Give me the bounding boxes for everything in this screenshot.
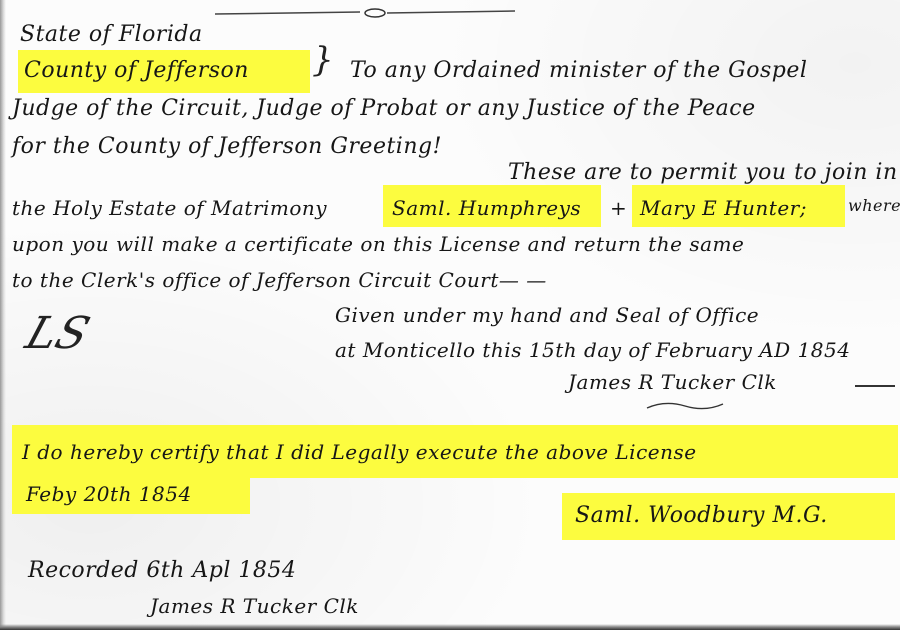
body-line1-suffix: where	[848, 196, 900, 215]
clerk-signature: James R Tucker Clk	[568, 370, 777, 394]
certification-date: Feby 20th 1854	[26, 482, 192, 506]
seal-mark: LS	[20, 308, 96, 359]
address-line-3: for the County of Jefferson Greeting!	[12, 134, 442, 159]
bride-name: Mary E Hunter;	[640, 196, 807, 220]
address-line-2: Judge of the Circuit, Judge of Probat or…	[12, 96, 756, 121]
signature-flourish	[645, 398, 725, 412]
officiant-signature: Saml. Woodbury M.G.	[575, 503, 828, 528]
body-line2: upon you will make a certificate on this…	[12, 232, 744, 256]
body-intro: These are to permit you to join in	[508, 160, 898, 185]
page-left-edge	[0, 0, 6, 630]
recorded-line: Recorded 6th Apl 1854	[28, 558, 296, 583]
signature-underline	[855, 385, 895, 387]
address-line-1: To any Ordained minister of the Gospel	[350, 58, 807, 83]
groom-name: Saml. Humphreys	[392, 196, 581, 220]
bracket-brace: }	[312, 40, 334, 80]
state-heading: State of Florida	[20, 22, 203, 47]
document-page: State of Florida County of Jefferson } T…	[0, 0, 900, 630]
recording-signature: James R Tucker Clk	[150, 594, 359, 618]
page-bottom-edge	[0, 624, 900, 630]
county-heading: County of Jefferson	[24, 58, 249, 83]
conjunction: +	[610, 196, 627, 220]
body-line1-prefix: the Holy Estate of Matrimony	[12, 196, 327, 220]
body-line3: to the Clerk's office of Jefferson Circu…	[12, 268, 547, 292]
attestation-line-1: Given under my hand and Seal of Office	[335, 303, 759, 327]
certification-line: I do hereby certify that I did Legally e…	[22, 440, 697, 464]
attestation-line-2: at Monticello this 15th day of February …	[335, 338, 850, 362]
top-flourish-ornament	[215, 8, 515, 18]
